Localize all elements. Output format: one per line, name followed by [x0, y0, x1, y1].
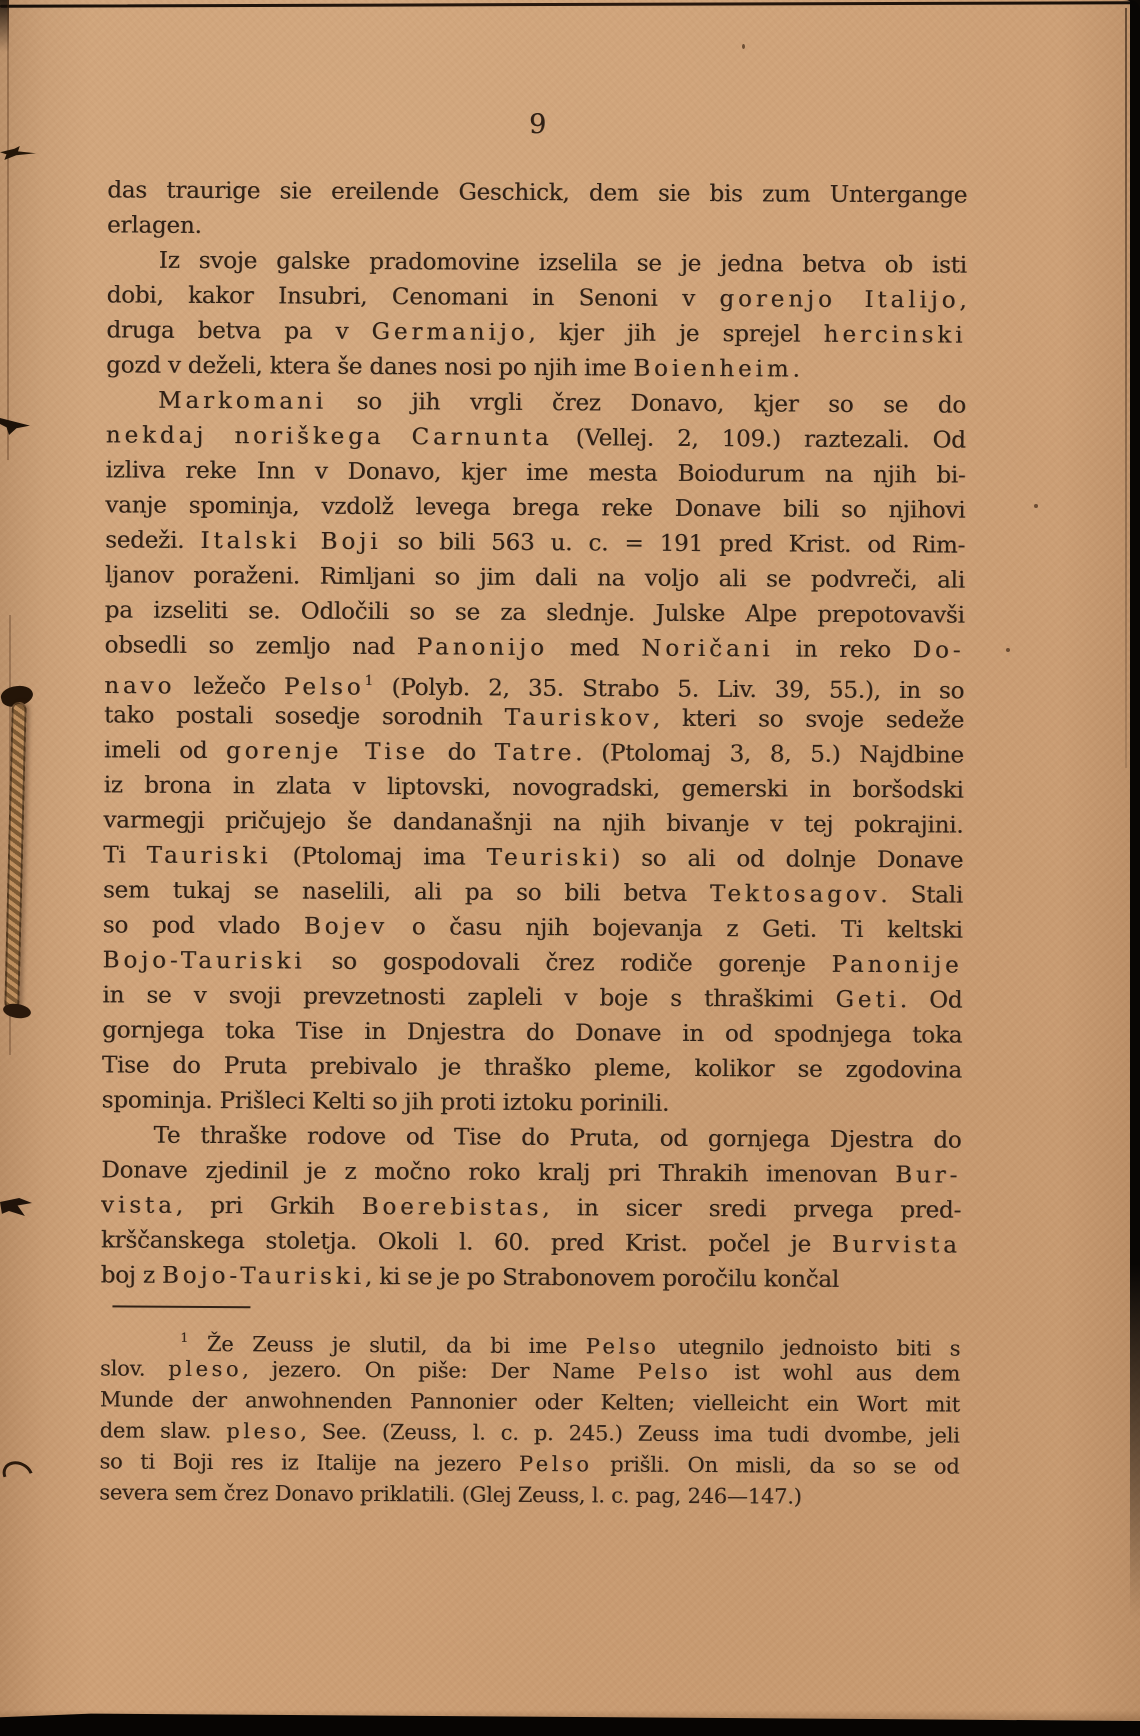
text-line: krščanskega stoletja. Okoli l. 60. pred …: [101, 1223, 961, 1263]
text-segment: ist wohl aus dem: [711, 1360, 960, 1386]
paper-fleck: [1006, 648, 1010, 652]
text-line: Markomani so jih vrgli črez Donavo, kjer…: [106, 383, 966, 423]
paper-fleck: [528, 986, 531, 989]
emphasized-text: Pelso: [519, 1452, 593, 1476]
text-segment: Iz svoje galske pradomovine izselila se …: [159, 248, 967, 279]
emphasized-text: vista: [101, 1192, 176, 1218]
emphasized-text: gorenjo Italijo: [719, 286, 959, 313]
text-segment: o času njih bojevanja z Geti. Ti keltski: [388, 914, 963, 944]
text-line: vista, pri Grkih Boerebistas, in sicer s…: [101, 1188, 961, 1228]
page-paper: 9 das traurige sie ereilende Geschick, d…: [0, 0, 1140, 1736]
text-segment: Donave zjedinil je z močno roko kralj pr…: [101, 1157, 895, 1188]
text-line: gornjega toka Tise in Dnjestra do Donave…: [102, 1013, 962, 1053]
text-line: druga betva pa v Germanijo, kjer jih je …: [106, 313, 966, 353]
text-segment: . Stali: [880, 882, 963, 909]
text-line: spominja. Prišleci Kelti so jih proti iz…: [102, 1083, 962, 1123]
text-segment: gozd v deželi, ktera še danes nosi po nj…: [106, 352, 633, 381]
emphasized-text: navo: [104, 673, 175, 699]
text-segment: dem slaw.: [100, 1418, 227, 1443]
body-text: das traurige sie ereilende Geschick, dem…: [101, 173, 968, 1298]
text-segment: Te thraške rodove od Tise do Pruta, od g…: [153, 1123, 961, 1154]
text-line: tako postali sosedje sorodnih Tauriskov,…: [104, 698, 964, 738]
text-segment: spominja. Prišleci Kelti so jih proti iz…: [102, 1087, 670, 1116]
page-content: 9 das traurige sie ereilende Geschick, d…: [99, 105, 968, 1513]
text-line: erlagen.: [107, 208, 967, 248]
margin-mark: [0, 1456, 38, 1494]
text-line: navo ležečo Pelso1 (Polyb. 2, 35. Strabo…: [104, 663, 964, 703]
text-line: ljanov poraženi. Rimljani so jim dali na…: [105, 558, 965, 598]
text-segment: .: [792, 357, 799, 383]
text-segment: krščanskega stoletja. Okoli l. 60. pred …: [101, 1227, 832, 1257]
emphasized-text: Tatre: [494, 740, 575, 766]
text-segment: med: [548, 635, 642, 662]
text-segment: varmegji pričujejo še dandanašnji na nji…: [103, 807, 963, 838]
text-segment: Tise do Pruta prebivalo je thraško pleme…: [102, 1052, 962, 1083]
text-line: severa sem črez Donavo priklatili. (Glej…: [99, 1477, 959, 1513]
text-segment: , kjer jih je sprejel: [528, 320, 823, 348]
page-number-rule: [468, 145, 608, 146]
emphasized-text: Germanijo: [372, 319, 529, 346]
text-line: so pod vlado Bojev o času njih bojevanja…: [103, 908, 963, 948]
text-segment: prišli. On misli, da so se od: [592, 1452, 959, 1478]
page-number: 9: [108, 105, 968, 144]
text-segment: , ki se je po Strabonovem poročilu konča…: [365, 1264, 839, 1293]
text-line: varmegji pričujejo še dandanašnji na nji…: [103, 803, 963, 843]
text-segment: so pod vlado: [103, 912, 304, 939]
text-segment: so ti Boji res iz Italije na jezero: [99, 1449, 518, 1476]
text-segment: tako postali sosedje sorodnih: [104, 702, 505, 730]
text-line: gozd v deželi, ktera še danes nosi po nj…: [106, 348, 966, 388]
footnote-text: 1 Že Zeuss je slutil, da bi ime Pelso ut…: [99, 1322, 960, 1513]
text-segment: , kteri so svoje sedeže: [653, 706, 964, 734]
text-line: boj z Bojo-Tauriski, ki se je po Strabon…: [101, 1258, 961, 1298]
emphasized-text: Tektosagov: [710, 881, 881, 908]
emphasized-text: Bojo-Tauriski: [162, 1263, 365, 1290]
text-segment: (Ptolomaj ima: [271, 843, 486, 870]
text-line: Iz svoje galske pradomovine izselila se …: [107, 243, 967, 283]
text-line: das traurige sie ereilende Geschick, dem…: [107, 173, 967, 213]
footnote-rule: [112, 1305, 250, 1308]
text-segment: . (Ptolomaj 3, 8, 5.) Najdbine: [575, 740, 964, 768]
emphasized-text: Boienheim: [633, 356, 792, 383]
right-page-edge-line: [1125, 8, 1127, 768]
text-segment: so gospodovali črez rodiče gorenje: [306, 949, 832, 978]
text-segment: , See. (Zeuss, l. c. p. 245.) Zeuss ima …: [300, 1420, 960, 1448]
emphasized-text: pleso: [226, 1419, 300, 1443]
paragraph: Iz svoje galske pradomovine izselila se …: [106, 243, 967, 388]
emphasized-text: Pelso: [638, 1360, 712, 1384]
emphasized-text: nekdaj noriškega Carnunta: [106, 422, 553, 451]
left-margin-crease: [7, 0, 9, 460]
text-line: sedeži. Italski Boji so bili 563 u. c. =…: [105, 523, 965, 563]
right-scan-edge: [1130, 0, 1140, 1620]
text-segment: ležečo: [175, 673, 284, 700]
text-line: vanje spominja, vzdolž levega brega reke…: [105, 488, 965, 528]
emphasized-text: Noričani: [641, 636, 774, 663]
text-segment: sem tukaj se naselili, ali pa so bili be…: [103, 877, 710, 907]
text-segment: in se v svoji prevzetnosti zapleli v boj…: [102, 982, 835, 1012]
text-line: sem tukaj se naselili, ali pa so bili be…: [103, 873, 963, 913]
binding-thread: [4, 702, 27, 1010]
margin-mark: [0, 418, 30, 435]
margin-mark: [0, 1198, 32, 1216]
text-line: dobi, kakor Insubri, Cenomani in Senoni …: [107, 278, 967, 318]
text-segment: boj z: [101, 1262, 162, 1288]
text-line: Tise do Pruta prebivalo je thraško pleme…: [102, 1048, 962, 1088]
text-segment: gornjega toka Tise in Dnjestra do Donave…: [102, 1017, 962, 1048]
emphasized-text: Bojo-Tauriski: [102, 947, 305, 974]
emphasized-text: Do-: [913, 637, 965, 663]
text-segment: , pri Grkih: [176, 1193, 362, 1220]
text-line: obsedli so zemljo nad Panonijo med Norič…: [104, 628, 964, 668]
emphasized-text: Panonije: [831, 952, 962, 979]
scanned-book-page: 9 das traurige sie ereilende Geschick, d…: [0, 0, 1140, 1736]
binding-thread-knot: [2, 1002, 32, 1020]
emphasized-text: Boerebistas: [362, 1194, 543, 1221]
text-segment: do: [429, 739, 495, 765]
text-line: iz brona in zlata v liptovski, novograds…: [104, 768, 964, 808]
emphasized-text: Geti: [835, 987, 899, 1013]
text-segment: , jezero. On piše: Der Name: [242, 1357, 638, 1383]
emphasized-text: Markomani: [158, 388, 327, 415]
text-segment: ) so ali od dolnje Donave: [611, 845, 963, 873]
text-segment: Munde der anwohnenden Pannonier oder Kel…: [100, 1387, 960, 1416]
footnote-reference: 1: [365, 673, 374, 689]
emphasized-text: Burvista: [832, 1232, 961, 1259]
footnote-reference: 1: [180, 1330, 188, 1345]
text-segment: das traurige sie ereilende Geschick, dem…: [107, 177, 967, 208]
text-segment: druga betva pa v: [106, 317, 371, 345]
margin-mark: [0, 146, 36, 160]
text-segment: Ti: [103, 842, 147, 868]
emphasized-text: Italski Boji: [200, 528, 381, 555]
text-segment: so bili 563 u. c. = 191 pred Krist. od R…: [381, 529, 965, 559]
paragraph: Te thraške rodove od Tise do Pruta, od g…: [101, 1118, 962, 1298]
text-segment: dobi, kakor Insubri, Cenomani in Senoni …: [107, 282, 720, 312]
emphasized-text: Bojev: [304, 914, 388, 941]
text-segment: in reko: [774, 636, 913, 663]
text-line: imeli od gorenje Tise do Tatre. (Ptoloma…: [104, 733, 964, 773]
paper-fleck: [1034, 504, 1038, 508]
text-segment: , in sicer sredi prvega pred-: [542, 1195, 961, 1224]
text-line: nekdaj noriškega Carnunta (Vellej. 2, 10…: [106, 418, 966, 458]
emphasized-text: Tauriski: [147, 843, 272, 870]
top-page-edge-line: [0, 1, 1134, 8]
paragraph: Markomani so jih vrgli črez Donavo, kjer…: [102, 383, 966, 1123]
text-segment: ,: [959, 288, 966, 314]
emphasized-text: Bur-: [895, 1162, 961, 1188]
text-line: izliva reke Inn v Donavo, kjer ime mesta…: [105, 453, 965, 493]
text-line: Donave zjedinil je z močno roko kralj pr…: [101, 1153, 961, 1193]
emphasized-text: Tauriskov: [504, 705, 652, 732]
text-segment: severa sem črez Donavo priklatili. (Glej…: [99, 1480, 802, 1508]
emphasized-text: hercinski: [824, 322, 967, 349]
text-segment: erlagen.: [107, 212, 202, 239]
emphasized-text: gorenje Tise: [226, 738, 429, 765]
text-line: pa izseliti se. Odločili so se za slednj…: [105, 593, 965, 633]
text-line: Te thraške rodove od Tise do Pruta, od g…: [101, 1118, 961, 1158]
text-segment: (Vellej. 2, 109.) raztezali. Od: [552, 425, 965, 454]
text-segment: ljanov poraženi. Rimljani so jim dali na…: [105, 562, 965, 593]
emphasized-text: Pelso: [284, 674, 365, 700]
emphasized-text: pleso: [168, 1357, 242, 1381]
text-segment: iz brona in zlata v liptovski, novograds…: [104, 772, 964, 803]
text-segment: so jih vrgli črez Donavo, kjer so se do: [327, 389, 966, 419]
emphasized-text: Pelso: [586, 1334, 660, 1358]
text-segment: . Od: [900, 987, 963, 1013]
text-line: Ti Tauriski (Ptolomaj ima Teuriski) so a…: [103, 838, 963, 878]
text-line: in se v svoji prevzetnosti zapleli v boj…: [102, 978, 962, 1018]
text-segment: vanje spominja, vzdolž levega brega reke…: [105, 492, 965, 523]
text-segment: pa izseliti se. Odločili so se za slednj…: [105, 597, 965, 628]
emphasized-text: Teuriski: [486, 845, 611, 872]
text-line: Bojo-Tauriski so gospodovali črez rodiče…: [102, 943, 962, 983]
paragraph: das traurige sie ereilende Geschick, dem…: [107, 173, 967, 248]
text-segment: imeli od: [104, 737, 226, 764]
emphasized-text: Panonijo: [417, 634, 548, 661]
text-segment: sedeži.: [105, 527, 200, 554]
paper-fleck: [742, 44, 745, 49]
text-segment: slov.: [100, 1356, 168, 1380]
text-segment: izliva reke Inn v Donavo, kjer ime mesta…: [105, 457, 965, 488]
text-segment: obsedli so zemljo nad: [104, 632, 416, 660]
